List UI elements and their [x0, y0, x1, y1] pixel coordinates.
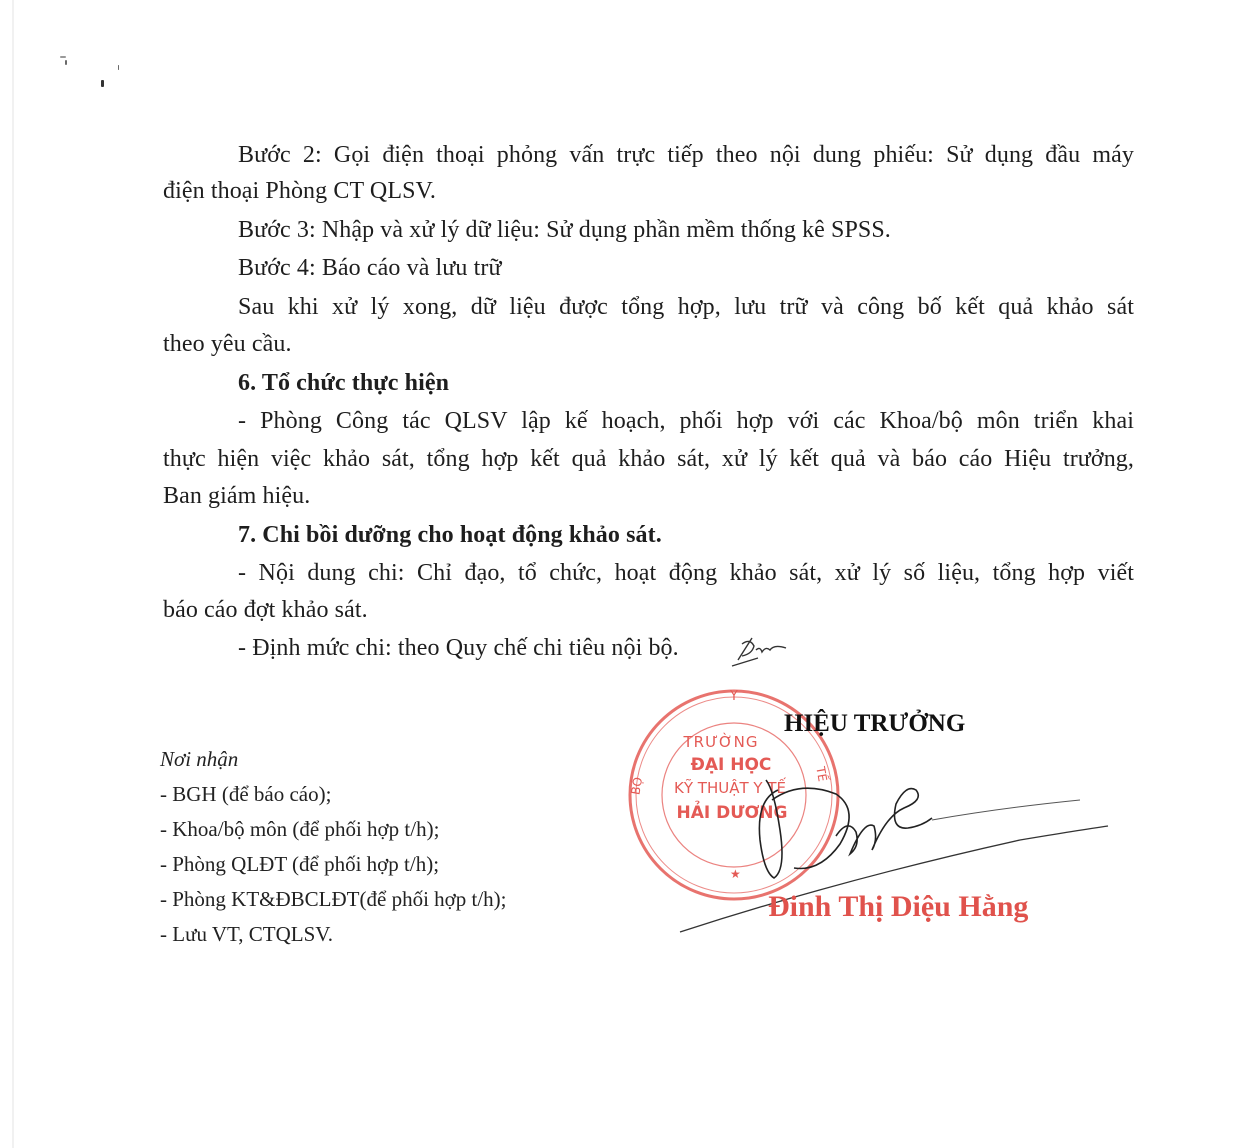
- recipients-title: Nơi nhận: [160, 745, 238, 773]
- paragraph-step2-line1: Bước 2: Gọi điện thoại phỏng vấn trực ti…: [238, 140, 1134, 170]
- scan-speck: [65, 60, 67, 65]
- scan-speck: [118, 65, 119, 70]
- section6-heading: 6. Tổ chức thực hiện: [238, 368, 449, 398]
- recipient-item: - Phòng KT&ĐBCLĐT(để phối hợp t/h);: [160, 885, 507, 913]
- section6-line1: - Phòng Công tác QLSV lập kế hoạch, phối…: [238, 406, 1134, 436]
- initials-mark-icon: [730, 632, 794, 668]
- section6-line3: Ban giám hiệu.: [163, 481, 310, 511]
- signer-name: Đinh Thị Diệu Hằng: [768, 890, 1028, 924]
- recipient-item: - Khoa/bộ môn (để phối hợp t/h);: [160, 815, 439, 843]
- section7-line2: báo cáo đợt khảo sát.: [163, 595, 368, 625]
- document-page: Bước 2: Gọi điện thoại phỏng vấn trực ti…: [0, 0, 1239, 1148]
- section7-line3: - Định mức chi: theo Quy chế chi tiêu nộ…: [238, 633, 679, 663]
- recipient-item: - Lưu VT, CTQLSV.: [160, 920, 333, 948]
- section6-line2: thực hiện việc khảo sát, tổng hợp kết qu…: [163, 444, 1134, 474]
- section7-line1: - Nội dung chi: Chỉ đạo, tổ chức, hoạt đ…: [238, 558, 1134, 588]
- section7-heading: 7. Chi bồi dưỡng cho hoạt động khảo sát.: [238, 520, 662, 550]
- paragraph-step2-line2: điện thoại Phòng CT QLSV.: [163, 176, 436, 206]
- paragraph-after-line2: theo yêu cầu.: [163, 329, 292, 359]
- paragraph-step4: Bước 4: Báo cáo và lưu trữ: [238, 253, 502, 283]
- recipient-item: - Phòng QLĐT (để phối hợp t/h);: [160, 850, 439, 878]
- signature-title: HIỆU TRƯỞNG: [784, 710, 965, 738]
- paragraph-after-line1: Sau khi xử lý xong, dữ liệu được tổng hợ…: [238, 292, 1134, 322]
- recipient-item: - BGH (để báo cáo);: [160, 780, 331, 808]
- scan-speck: [60, 56, 66, 58]
- stamp-line: TRƯỜNG: [666, 733, 776, 751]
- scan-speck: [101, 80, 104, 87]
- scan-edge: [12, 0, 14, 1148]
- stamp-ring-top: Y: [720, 689, 748, 704]
- paragraph-step3: Bước 3: Nhập và xử lý dữ liệu: Sử dụng p…: [238, 215, 891, 245]
